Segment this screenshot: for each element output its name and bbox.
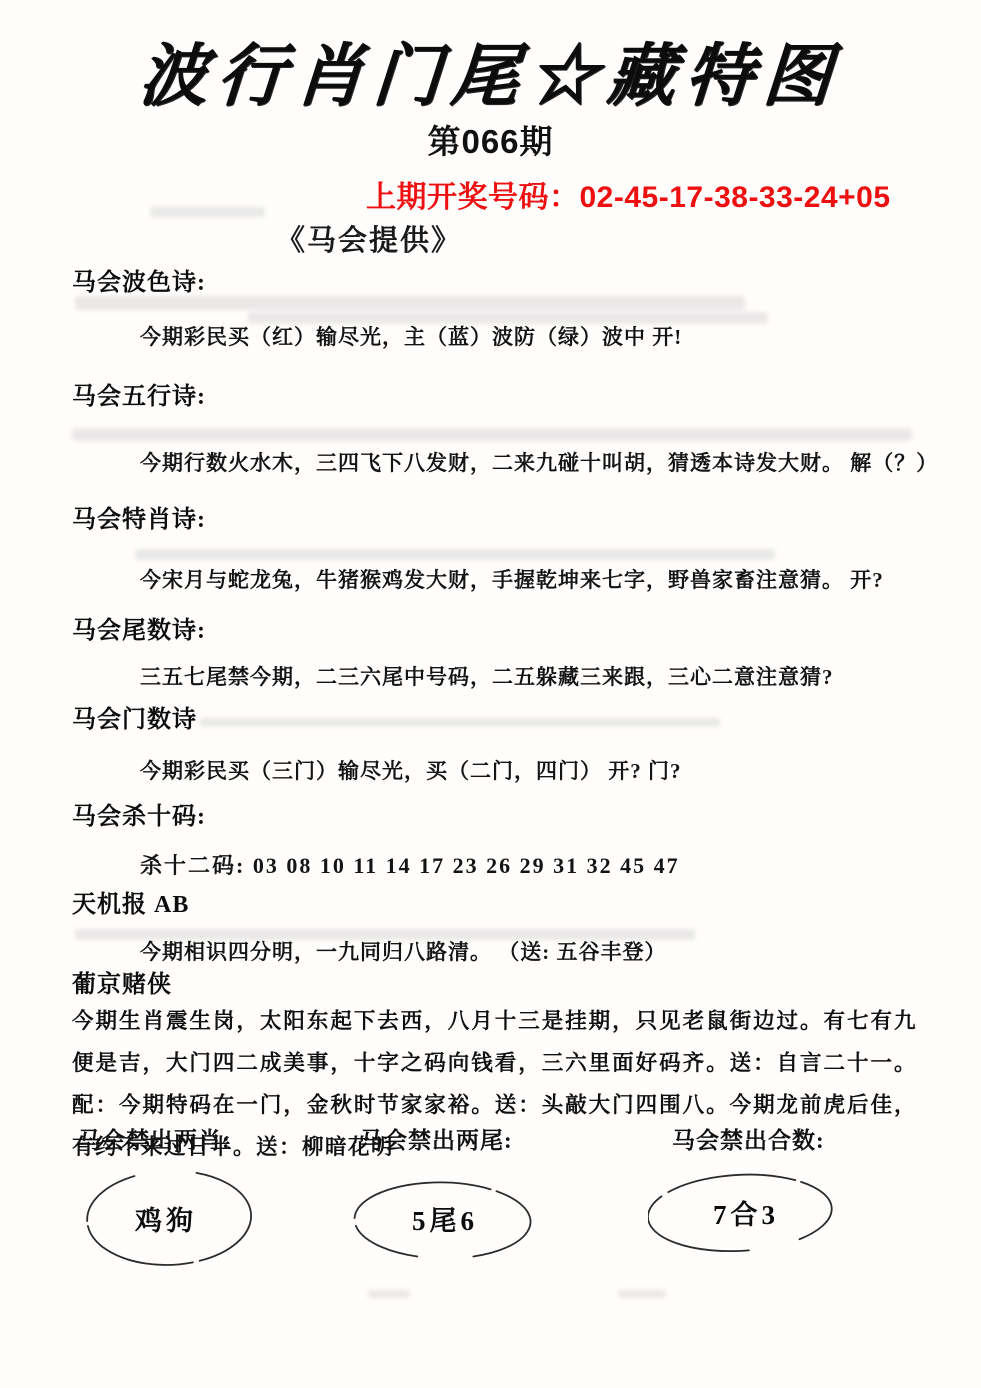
section-heading-wuxing: 马会五行诗:	[72, 376, 206, 411]
scan-artifact	[72, 428, 912, 441]
poem-texiao: 今宋月与蛇龙兔，牛猪猴鸡发大财，手握乾坤来七字，野兽家畜注意猜。 开?	[140, 564, 884, 594]
provider-note: 《马会提供》	[276, 218, 462, 259]
kill-numbers-line: 杀十二码: 03 08 10 11 14 17 23 26 29 31 32 4…	[140, 849, 680, 880]
scan-artifact	[75, 296, 745, 310]
poem-menshu: 今期彩民买（三门）输尽光，买（二门，四门） 开? 门?	[140, 755, 682, 785]
section-heading-menshu: 马会门数诗	[72, 699, 197, 734]
scan-artifact	[200, 718, 720, 727]
poem-bose: 今期彩民买（红）输尽光，主（蓝）波防（绿）波中 开!	[140, 321, 682, 351]
section-heading-pujing: 葡京赌侠	[72, 964, 172, 999]
page-title: 波行肖门尾☆藏特图	[0, 22, 981, 119]
last-draw-result: 上期开奖号码：02-45-17-38-33-24+05	[366, 172, 891, 216]
forbidden-tail-label: 马会禁出两尾:	[360, 1122, 513, 1155]
scan-artifact	[368, 1290, 410, 1298]
scan-artifact	[618, 1290, 666, 1298]
forbidden-zodiac-label: 马会禁出两肖:	[78, 1122, 231, 1155]
poem-wuxing: 今期行数火水木，三四飞下八发财，二来九碰十叫胡，猜透本诗发大财。 解（？）	[140, 447, 938, 477]
forbidden-tail-oval: 5尾6	[352, 1176, 538, 1260]
poem-tianji: 今期相识四分明，一九同归八路清。 （送: 五谷丰登）	[140, 936, 667, 966]
forbidden-zodiac-value: 鸡狗	[135, 1199, 197, 1238]
section-heading-bose: 马会波色诗:	[72, 262, 206, 297]
section-heading-shashima: 马会杀十码:	[72, 796, 206, 831]
scan-artifact	[150, 207, 265, 217]
section-heading-texiao: 马会特肖诗:	[72, 499, 206, 534]
forbidden-sum-label: 马会禁出合数:	[672, 1122, 825, 1155]
forbidden-sum-value: 7合3	[713, 1193, 779, 1232]
lottery-tip-sheet: 波行肖门尾☆藏特图 第066期 上期开奖号码：02-45-17-38-33-24…	[0, 0, 981, 1388]
forbidden-sum-oval: 7合3	[648, 1170, 844, 1254]
section-heading-tianji: 天机报 AB	[72, 884, 189, 919]
poem-weishu: 三五七尾禁今期，二三六尾中号码，二五躲藏三来跟，三心二意注意猜?	[140, 661, 834, 691]
forbidden-tail-value: 5尾6	[412, 1199, 478, 1238]
section-heading-weishu: 马会尾数诗:	[72, 610, 206, 645]
issue-number: 第066期	[0, 116, 981, 163]
forbidden-zodiac-oval: 鸡狗	[78, 1166, 254, 1270]
scan-artifact	[135, 549, 775, 560]
